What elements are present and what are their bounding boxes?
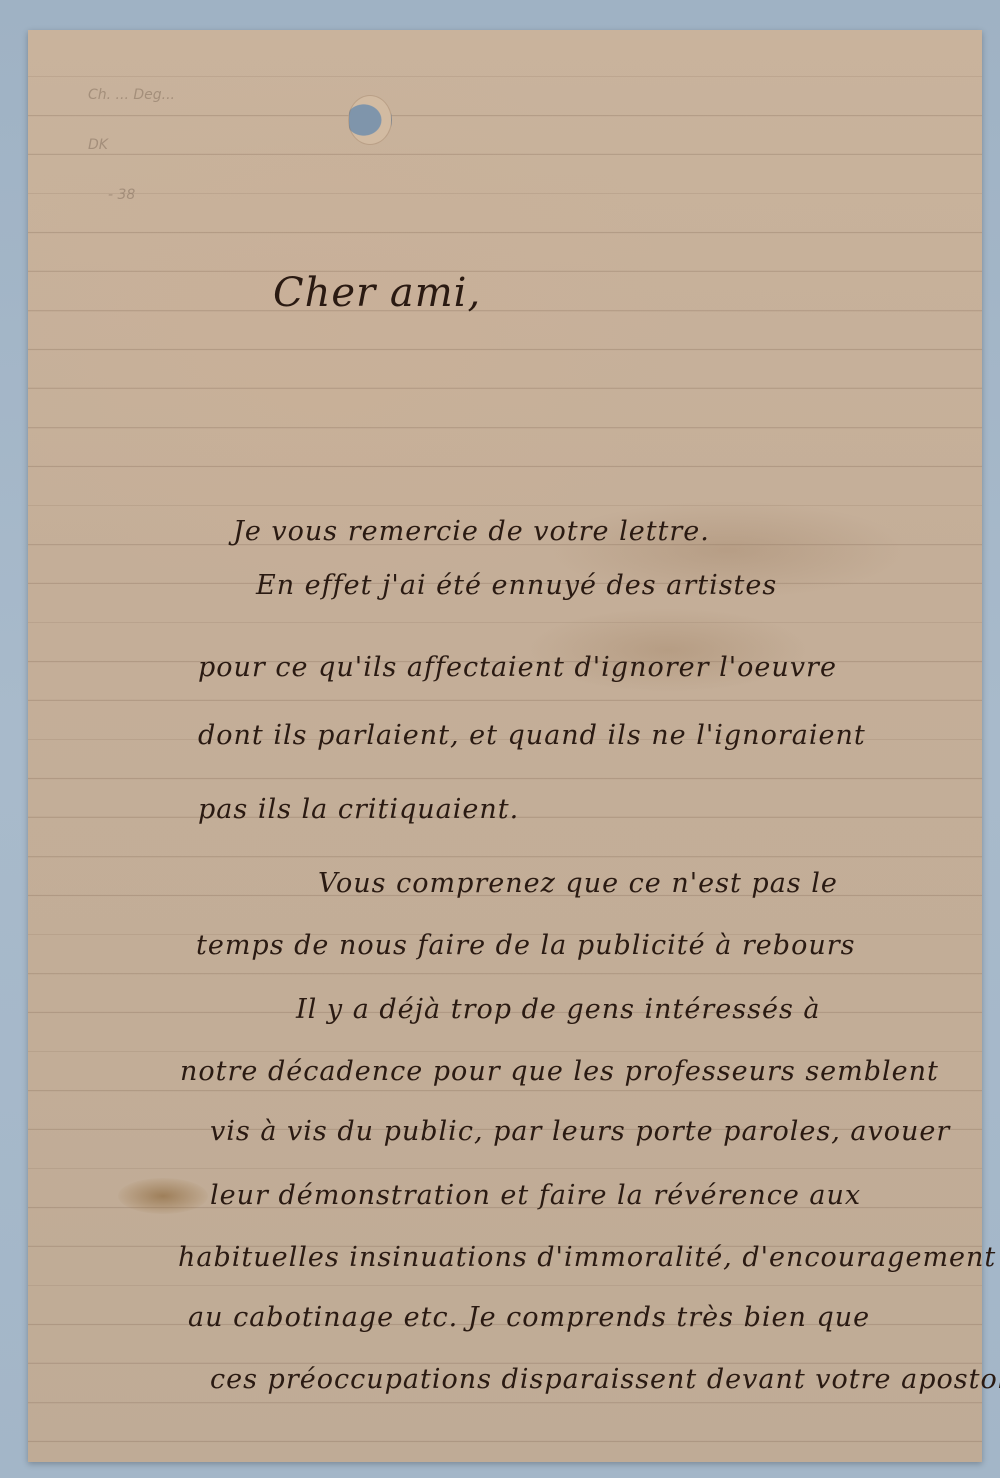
pencil-note: Ch. ... Deg... xyxy=(88,70,175,120)
letter-line: Je vous remercie de votre lettre. xyxy=(233,482,710,555)
letter-line: pas ils la critiquaient. xyxy=(198,794,519,825)
letter-line: En effet j'ai été ennuyé des artistes xyxy=(256,570,777,601)
letter-line: Il y a déjà trop de gens intéressés à xyxy=(296,994,821,1025)
salutation: Cher ami, xyxy=(273,270,481,316)
letter-line: notre décadence pour que les professeurs… xyxy=(180,1056,939,1087)
letter-line: habituelles insinuations d'immoralité, d… xyxy=(178,1242,996,1273)
letter-paper: Ch. ... Deg... DK - 38 Cher ami, Je vous… xyxy=(28,30,982,1462)
pencil-note: DK xyxy=(88,120,175,170)
letter-line: temps de nous faire de la publicité à re… xyxy=(196,930,855,961)
letter-line: dont ils parlaient, et quand ils ne l'ig… xyxy=(198,720,866,751)
pencil-annotations: Ch. ... Deg... DK - 38 xyxy=(88,70,175,220)
letter-line: leur démonstration et faire la révérence… xyxy=(210,1180,861,1211)
letter-line: Vous comprenez que ce n'est pas le xyxy=(318,868,838,899)
punch-hole xyxy=(348,95,392,145)
ink-stain xyxy=(118,1178,208,1214)
pencil-note: - 38 xyxy=(88,170,175,220)
letter-line: au cabotinage etc. Je comprends très bie… xyxy=(188,1302,870,1333)
letter-line: pour ce qu'ils affectaient d'ignorer l'o… xyxy=(198,652,837,683)
letter-line: vis à vis du public, par leurs porte par… xyxy=(210,1116,950,1147)
letter-line: ces préoccupations disparaissent devant … xyxy=(210,1364,1000,1395)
